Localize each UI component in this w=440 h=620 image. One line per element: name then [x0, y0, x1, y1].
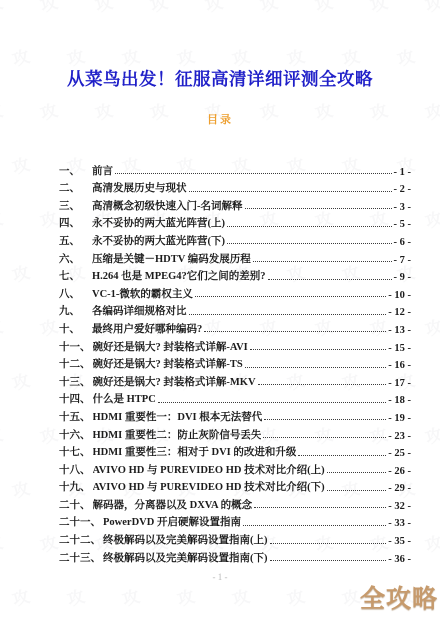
toc-entry-page-number: - 36 - [388, 554, 411, 565]
toc-entry[interactable]: 五、 永不妥协的两大蓝光阵营(下) - 6 - [59, 230, 411, 248]
toc-entry-title: 什么是 HTPC [93, 391, 156, 406]
toc-entry-title: AVIVO HD 与 PUREVIDEO HD 技术对比介绍(上) [93, 462, 325, 477]
toc-entry[interactable]: 二、 高清发展历史与现状 - 2 - [59, 178, 411, 196]
toc-entry-title: 高清发展历史与现状 [92, 180, 187, 195]
toc-entry-title: VC-1-微软的霸权主义 [92, 286, 193, 301]
toc-heading: 目录 [0, 111, 440, 127]
toc-entry-title: 终极解码以及完美解码设置指南(下) [103, 550, 268, 565]
watermark-glyph: 攻 [422, 312, 440, 341]
watermark-glyph: 攻 [64, 582, 87, 611]
watermark-glyph: 攻 [37, 420, 60, 449]
dotted-leader [270, 543, 387, 544]
toc-entry-number: 二、 [59, 180, 90, 195]
watermark-glyph: 攻 [9, 582, 32, 611]
dotted-leader [253, 261, 392, 262]
toc-entry-number: 二十、 [59, 497, 91, 512]
toc-entry-title: 各编码详细规格对比 [92, 303, 187, 318]
toc-entry-title: 碗好还是锅大? 封装格式详解-TS [93, 356, 243, 371]
toc-entry[interactable]: 六、 压缩是关键－HDTV 编码发展历程 - 7 - [59, 248, 411, 266]
toc-entry-number: 十五、 [59, 409, 91, 424]
toc-entry[interactable]: 二十二、 终极解码以及完美解码设置指南(上) - 35 - [59, 529, 411, 547]
toc-entry-page-number: - 33 - [388, 518, 411, 529]
toc-entry[interactable]: 二十一、 PowerDVD 开启硬解设置指南 - 33 - [59, 512, 411, 530]
toc-entry[interactable]: 七、 H.264 也是 MPEG4?它们之间的差别? - 9 - [59, 266, 411, 284]
toc-entry-number: 七、 [59, 268, 90, 283]
toc-entry-title: HDMI 重要性三：相对于 DVI 的改进和升级 [93, 444, 297, 459]
toc-entry[interactable]: 四、 永不妥协的两大蓝光阵营(上) - 5 - [59, 213, 411, 231]
toc-entry-number: 十八、 [59, 462, 91, 477]
toc-entry[interactable]: 十八、 AVIVO HD 与 PUREVIDEO HD 技术对比介绍(上) - … [59, 459, 411, 477]
watermark-glyph: 攻 [0, 204, 5, 233]
toc-entry-title: 终极解码以及完美解码设置指南(上) [103, 532, 268, 547]
document-page: 攻攻攻攻攻攻攻攻攻攻攻攻攻攻攻攻攻攻攻攻攻攻攻攻攻攻攻攻攻攻攻攻攻攻攻攻攻攻攻攻… [0, 0, 440, 620]
dotted-leader [268, 279, 392, 280]
watermark-glyph: 攻 [229, 582, 252, 611]
toc-entry-title: 高清概念初级快速入门-名词解释 [92, 198, 243, 213]
watermark-glyph: 攻 [422, 420, 440, 449]
toc-entry-number: 二十二、 [59, 532, 101, 547]
toc-entry-title: 解码器，分离器以及 DXVA 的概念 [93, 497, 253, 512]
dotted-leader [243, 525, 386, 526]
toc-entry-number: 三、 [59, 198, 90, 213]
watermark-glyph: 攻 [0, 420, 5, 449]
toc-entry-title: 永不妥协的两大蓝光阵营(下) [92, 233, 225, 248]
toc-entry-number: 十二、 [59, 356, 91, 371]
watermark-glyph: 攻 [0, 528, 5, 557]
toc-entry-page-number: - 29 - [388, 483, 411, 494]
dotted-leader [195, 296, 386, 297]
toc-entry-number: 十四、 [59, 391, 91, 406]
toc-entry[interactable]: 十一、 碗好还是锅大? 封装格式详解-AVI - 15 - [59, 336, 411, 354]
dotted-leader [189, 314, 387, 315]
toc-entry-number: 十一、 [59, 339, 91, 354]
watermark-glyph: 攻 [9, 474, 32, 503]
dotted-leader [115, 173, 392, 174]
toc-entry[interactable]: 一、 前言 - 1 - [59, 160, 411, 178]
toc-entry-page-number: - 12 - [388, 307, 411, 318]
toc-entry[interactable]: 三、 高清概念初级快速入门-名词解释 - 3 - [59, 195, 411, 213]
dotted-leader [245, 208, 392, 209]
toc-entry[interactable]: 八、 VC-1-微软的霸权主义 - 10 - [59, 283, 411, 301]
toc-entry[interactable]: 十七、 HDMI 重要性三：相对于 DVI 的改进和升级 - 25 - [59, 442, 411, 460]
toc-entry-title: AVIVO HD 与 PUREVIDEO HD 技术对比介绍(下) [93, 479, 325, 494]
toc-entry-page-number: - 15 - [388, 343, 411, 354]
dotted-leader [250, 349, 386, 350]
toc-entry-number: 八、 [59, 286, 90, 301]
toc-entry[interactable]: 十五、 HDMI 重要性一：DVI 根本无法替代 - 19 - [59, 406, 411, 424]
toc-entry-page-number: - 2 - [394, 184, 412, 195]
dotted-leader [263, 437, 386, 438]
toc-entry-page-number: - 32 - [388, 501, 411, 512]
toc-entry-page-number: - 9 - [394, 272, 412, 283]
toc-entry[interactable]: 十二、 碗好还是锅大? 封装格式详解-TS - 16 - [59, 354, 411, 372]
toc-entry[interactable]: 十九、 AVIVO HD 与 PUREVIDEO HD 技术对比介绍(下) - … [59, 477, 411, 495]
page-title: 从菜鸟出发！征服高清详细评测全攻略 [0, 0, 440, 91]
toc-entry-page-number: - 3 - [394, 202, 412, 213]
toc-entry-page-number: - 35 - [388, 536, 411, 547]
toc-entry-number: 十九、 [59, 479, 91, 494]
toc-entry-page-number: - 10 - [388, 290, 411, 301]
table-of-contents: 一、 前言 - 1 - 二、 高清发展历史与现状 - 2 - 三、 高清概念初级… [59, 160, 411, 565]
toc-entry-page-number: - 18 - [388, 395, 411, 406]
toc-entry[interactable]: 九、 各编码详细规格对比 - 12 - [59, 301, 411, 319]
toc-entry-title: 最终用户爱好哪种编码? [92, 321, 202, 336]
toc-entry-title: 碗好还是锅大? 封装格式详解-MKV [93, 374, 256, 389]
watermark-glyph: 攻 [339, 582, 362, 611]
toc-entry-number: 十三、 [59, 374, 91, 389]
toc-entry-number: 十六、 [59, 427, 91, 442]
dotted-leader [189, 191, 392, 192]
toc-entry[interactable]: 二十、 解码器，分离器以及 DXVA 的概念 - 32 - [59, 494, 411, 512]
dotted-leader [254, 507, 386, 508]
toc-entry-page-number: - 23 - [388, 431, 411, 442]
watermark-glyph: 攻 [422, 528, 440, 557]
toc-entry-number: 四、 [59, 215, 90, 230]
dotted-leader [204, 331, 386, 332]
toc-entry-title: HDMI 重要性一：DVI 根本无法替代 [93, 409, 263, 424]
toc-entry-title: 压缩是关键－HDTV 编码发展历程 [92, 251, 251, 266]
toc-entry-title: 碗好还是锅大? 封装格式详解-AVI [93, 339, 248, 354]
toc-entry-title: HDMI 重要性二：防止灰阶信号丢失 [93, 427, 262, 442]
watermark-glyph: 攻 [37, 528, 60, 557]
dotted-leader [258, 384, 387, 385]
toc-entry[interactable]: 十六、 HDMI 重要性二：防止灰阶信号丢失 - 23 - [59, 424, 411, 442]
toc-entry-page-number: - 19 - [388, 413, 411, 424]
dotted-leader [158, 402, 386, 403]
toc-entry-page-number: - 5 - [394, 219, 412, 230]
toc-entry-title: 永不妥协的两大蓝光阵营(上) [92, 215, 225, 230]
toc-entry[interactable]: 十三、 碗好还是锅大? 封装格式详解-MKV - 17 - [59, 371, 411, 389]
watermark-glyph: 攻 [37, 312, 60, 341]
toc-entry-number: 十七、 [59, 444, 91, 459]
toc-entry-page-number: - 16 - [388, 360, 411, 371]
toc-entry-page-number: - 17 - [388, 378, 411, 389]
toc-entry-number: 五、 [59, 233, 90, 248]
toc-entry-number: 九、 [59, 303, 90, 318]
toc-entry-page-number: - 13 - [388, 325, 411, 336]
toc-entry-number: 二十一、 [59, 514, 101, 529]
toc-entry-number: 十、 [59, 321, 90, 336]
toc-entry[interactable]: 十、 最终用户爱好哪种编码? - 13 - [59, 318, 411, 336]
toc-entry-number: 六、 [59, 251, 90, 266]
dotted-leader [264, 419, 386, 420]
watermark-glyph: 攻 [119, 582, 142, 611]
toc-entry-page-number: - 6 - [394, 237, 412, 248]
watermark-glyph: 攻 [9, 258, 32, 287]
watermark-glyph: 攻 [37, 204, 60, 233]
watermark-glyph: 攻 [174, 582, 197, 611]
toc-entry[interactable]: 十四、 什么是 HTPC - 18 - [59, 389, 411, 407]
dotted-leader [270, 560, 387, 561]
toc-entry-title: H.264 也是 MPEG4?它们之间的差别? [92, 268, 266, 283]
dotted-leader [327, 490, 387, 491]
dotted-leader [245, 367, 387, 368]
watermark-glyph: 攻 [9, 150, 32, 179]
dotted-leader [227, 243, 392, 244]
dotted-leader [327, 472, 387, 473]
dotted-leader [298, 455, 386, 456]
watermark-glyph: 攻 [284, 582, 307, 611]
watermark-glyph: 攻 [9, 366, 32, 395]
watermark-glyph: 攻 [422, 204, 440, 233]
toc-entry[interactable]: 二十三、 终极解码以及完美解码设置指南(下) - 36 - [59, 547, 411, 565]
watermark-glyph: 攻 [0, 312, 5, 341]
toc-entry-page-number: - 1 - [394, 167, 412, 178]
toc-entry-page-number: - 25 - [388, 448, 411, 459]
toc-entry-title: PowerDVD 开启硬解设置指南 [103, 514, 241, 529]
toc-entry-title: 前言 [92, 163, 113, 178]
toc-entry-number: 一、 [59, 163, 90, 178]
dotted-leader [227, 226, 392, 227]
toc-entry-page-number: - 7 - [394, 255, 412, 266]
toc-entry-number: 二十三、 [59, 550, 101, 565]
corner-logo: 全攻略 [360, 579, 438, 615]
toc-entry-page-number: - 26 - [388, 466, 411, 477]
